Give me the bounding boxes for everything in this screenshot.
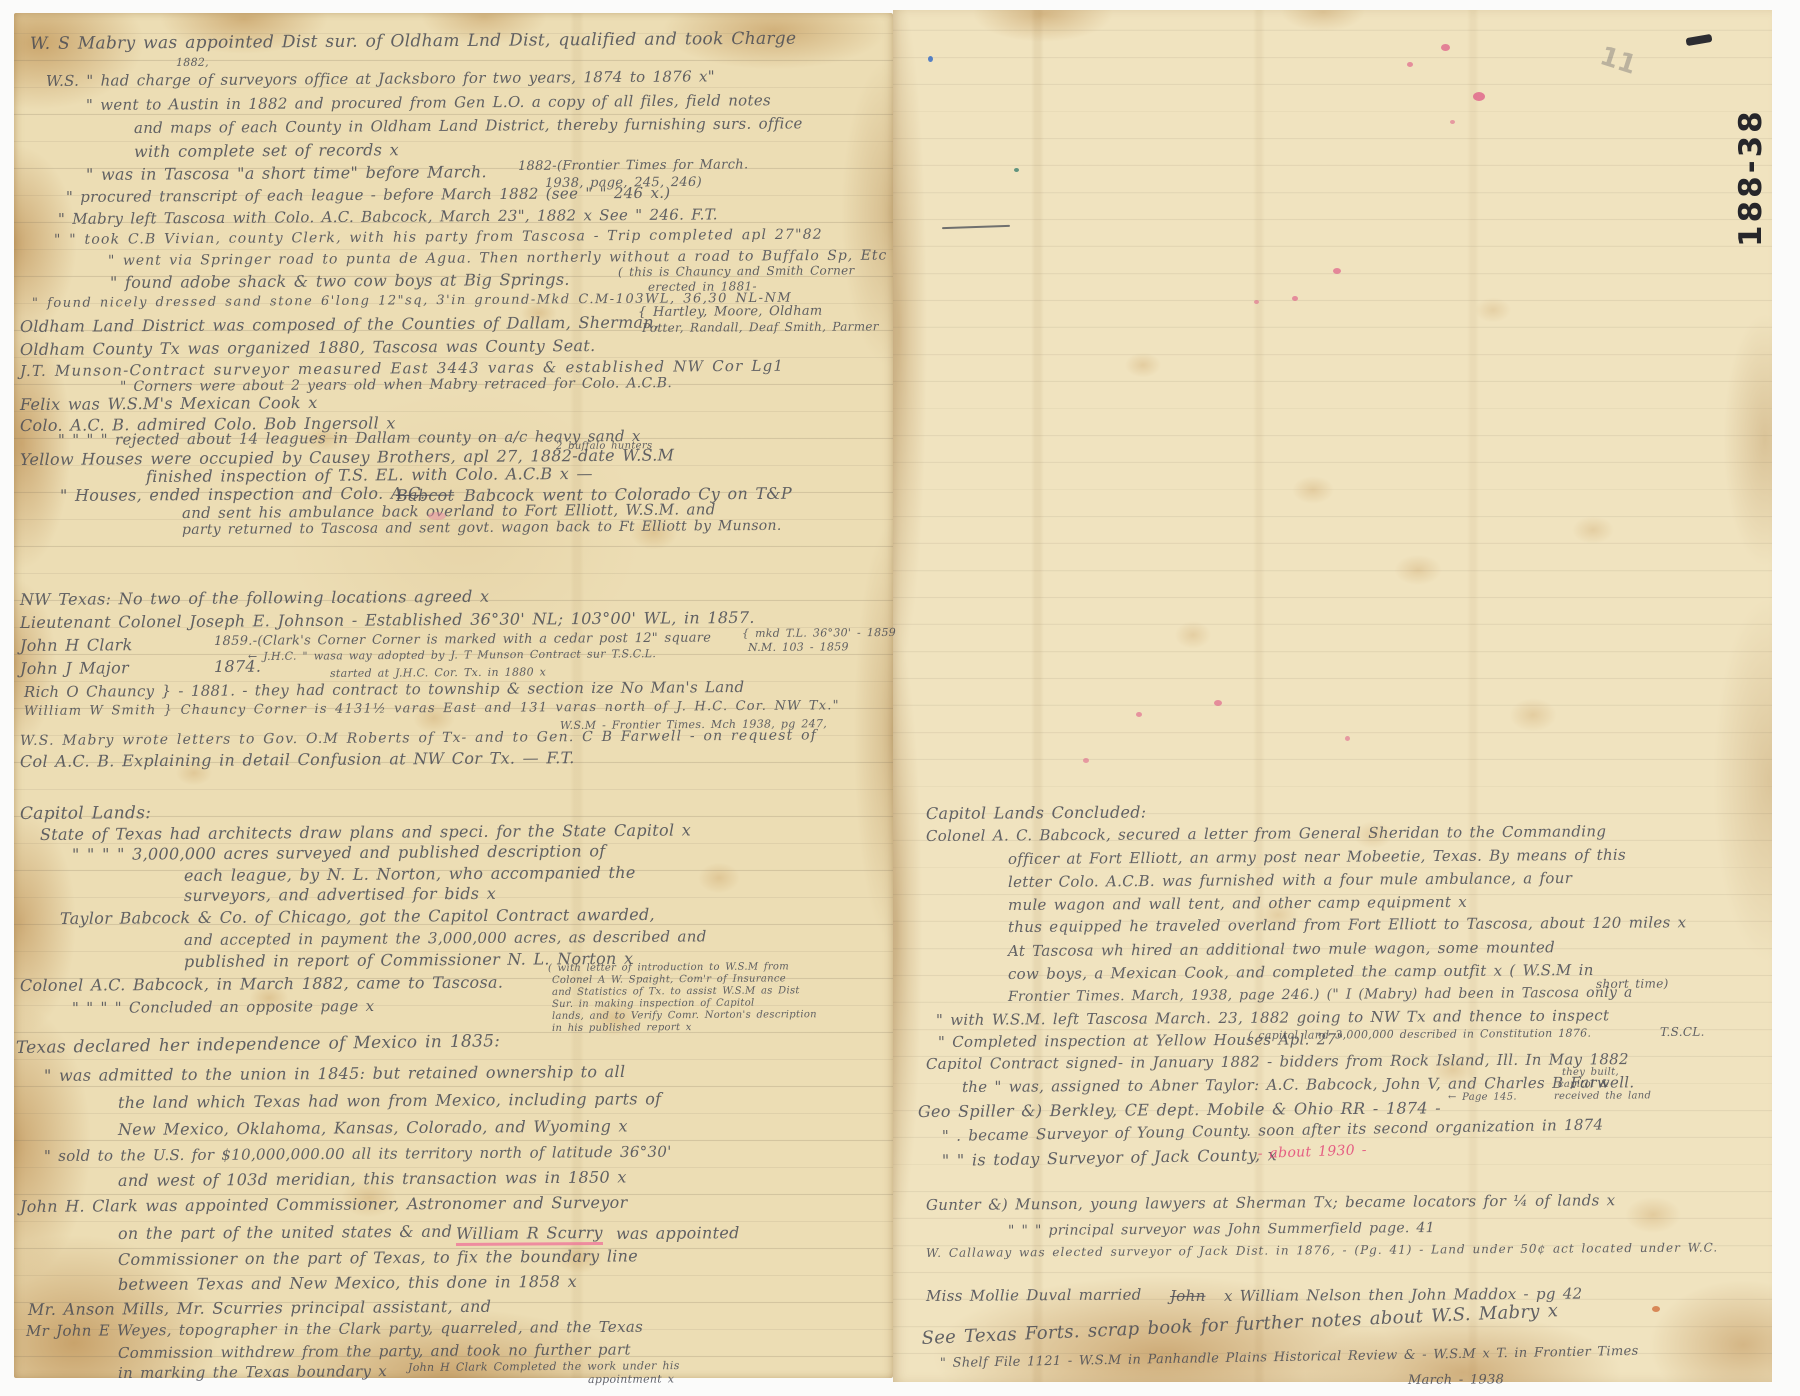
handwritten-line: was appointed xyxy=(616,1225,740,1242)
handwritten-line: officer at Fort Elliott, an army post ne… xyxy=(1008,848,1626,867)
handwritten-line: At Tascosa wh hired an additional two mu… xyxy=(1008,940,1555,959)
handwritten-line: " was in Tascosa "a short time" before M… xyxy=(86,164,487,183)
handwritten-line: Felix was W.S.M's Mexican Cook x xyxy=(20,395,318,413)
handwritten-line: started at J.H.C. Cor. Tx. in 1880 x xyxy=(330,666,546,679)
handwritten-line: capitol & xyxy=(1558,1080,1609,1090)
handwritten-line: { Hartley, Moore, Oldham xyxy=(638,305,823,319)
handwritten-line: Mr. Anson Mills, Mr. Scurries principal … xyxy=(28,1299,491,1318)
rust-speck xyxy=(1652,1306,1660,1312)
handwritten-line: " sold to the U.S. for $10,000,000.00 al… xyxy=(44,1145,672,1164)
handwritten-line: " procured transcript of each league - b… xyxy=(66,186,671,205)
handwritten-line: Gunter &) Munson, young lawyers at Sherm… xyxy=(926,1193,1616,1213)
handwritten-line: Oldham County Tx was organized 1880, Tas… xyxy=(20,338,596,358)
pink-speck xyxy=(1345,736,1350,741)
handwritten-line: " Houses, ended inspection and Colo. A.C… xyxy=(60,485,426,504)
handwritten-line: and maps of each County in Oldham Land D… xyxy=(134,116,803,136)
handwritten-line: " " " principal surveyor was John Summer… xyxy=(1008,1221,1435,1238)
handwritten-line: and west of 103d meridian, this transact… xyxy=(118,1169,627,1189)
archive-label: 188-38 xyxy=(1733,108,1769,247)
handwritten-line: party returned to Tascosa and sent govt.… xyxy=(182,519,782,537)
handwritten-line: William W Smith } Chauncy Corner is 4131… xyxy=(24,699,840,718)
handwritten-line: 1874. xyxy=(214,659,261,675)
handwritten-line: N.M. 103 - 1859 xyxy=(748,641,849,653)
handwritten-line: and accepted in payment the 3,000,000 ac… xyxy=(184,929,707,948)
handwritten-line: short time) xyxy=(1596,977,1669,990)
pink-speck xyxy=(1407,62,1413,67)
handwritten-line: John H. Clark was appointed Commissioner… xyxy=(20,1195,628,1215)
scanned-document: W. S Mabry was appointed Dist sur. of Ol… xyxy=(0,0,1800,1396)
handwritten-line: appointment x xyxy=(588,1373,674,1385)
handwritten-line: mule wagon and wall tent, and other camp… xyxy=(1008,895,1467,913)
handwritten-line: in his published report x xyxy=(552,1023,692,1034)
pink-speck xyxy=(1333,268,1341,274)
pencil-check: 11 xyxy=(1596,41,1640,81)
handwritten-line: W.S. Mabry wrote letters to Gov. O.M Rob… xyxy=(20,728,817,748)
handwritten-line: finished inspection of T.S. EL. with Col… xyxy=(146,466,593,485)
pink-speck xyxy=(1214,700,1222,706)
handwritten-line: letter Colo. A.C.B. was furnished with a… xyxy=(1008,871,1572,890)
pencil-dash xyxy=(942,225,1010,229)
handwritten-line: on the part of the united states & and xyxy=(118,1224,452,1242)
handwritten-line: W. S Mabry was appointed Dist sur. of Ol… xyxy=(30,31,797,53)
handwritten-line: Taylor Babcock & Co. of Chicago, got the… xyxy=(60,907,655,927)
pink-speck xyxy=(1450,120,1455,124)
handwritten-line: each league, by N. L. Norton, who accomp… xyxy=(184,865,636,884)
handwritten-line: " Corners were about 2 years old when Ma… xyxy=(120,376,672,394)
handwriting-layer: W. S Mabry was appointed Dist sur. of Ol… xyxy=(0,0,1800,1396)
handwritten-line: " " took C.B Vivian, county Clerk, with … xyxy=(54,228,823,247)
handwritten-line: Geo Spiller &) Berkley, CE dept. Mobile … xyxy=(918,1100,1441,1120)
handwritten-line: Capitol Contract signed- in January 1882… xyxy=(926,1052,1629,1072)
pink-speck xyxy=(1441,44,1450,51)
handwritten-line: ← J.H.C. " wasa way adopted by J. T Muns… xyxy=(248,648,656,662)
handwritten-line: with complete set of records x xyxy=(134,142,399,160)
handwritten-line: 1882-(Frontier Times for March. xyxy=(518,158,748,173)
handwritten-line: See Texas Forts. scrap book for further … xyxy=(921,1302,1558,1348)
handwritten-line: Colonel A W. Spaight, Com'r of Insurance xyxy=(552,974,786,986)
pink-speck xyxy=(1292,296,1298,301)
handwritten-line: Commission withdrew from the party, and … xyxy=(118,1342,631,1361)
handwritten-line: NW Texas: No two of the following locati… xyxy=(20,589,489,608)
handwritten-line: " " " " 3,000,000 acres surveyed and pub… xyxy=(72,843,606,863)
handwritten-line: - about 1930 - xyxy=(1258,1143,1367,1161)
handwritten-line: surveyors, and advertised for bids x xyxy=(184,886,496,904)
handwritten-line: lands, and to Verify Comr. Norton's desc… xyxy=(552,1010,817,1022)
handwritten-line: 1882, xyxy=(176,57,209,68)
pink-speck xyxy=(1136,712,1142,717)
pink-speck xyxy=(1254,300,1259,304)
handwritten-line: ( capitol land 3,000,000 described in Co… xyxy=(1248,1028,1591,1041)
pink-speck xyxy=(1083,758,1089,763)
handwritten-line: John J Major xyxy=(20,660,129,677)
handwritten-line: the " was, assigned to Abner Taylor: A.C… xyxy=(962,1075,1635,1095)
handwritten-line: the land which Texas had won from Mexico… xyxy=(118,1091,662,1111)
handwritten-line: 1859.-(Clark's Corner Corner is marked w… xyxy=(214,632,711,648)
handwritten-line: Capitol Lands: xyxy=(20,805,151,823)
handwritten-line: Commissioner on the part of Texas, to fi… xyxy=(118,1248,638,1268)
handwritten-line: " found adobe shack & two cow boys at Bi… xyxy=(110,272,570,291)
handwritten-line: Miss Mollie Duval married xyxy=(926,1287,1142,1304)
handwritten-line: Col A.C. B. Explaining in detail Confusi… xyxy=(20,750,575,770)
pink-speck xyxy=(1473,92,1485,101)
handwritten-line: between Texas and New Mexico, this done … xyxy=(118,1274,577,1293)
handwritten-line: T.S.CL. xyxy=(1660,1026,1705,1038)
handwritten-line: " Mabry left Tascosa with Colo. A.C. Bab… xyxy=(58,207,718,227)
handwritten-line: Capitol Lands Concluded: xyxy=(926,804,1147,822)
handwritten-line: " . became Surveyor of Young County. soo… xyxy=(942,1117,1604,1144)
handwritten-line: cow boys, a Mexican Cook, and completed … xyxy=(1008,963,1594,982)
blue-ink-speck xyxy=(928,56,933,62)
handwritten-line: New Mexico, Oklahoma, Kansas, Colorado, … xyxy=(118,1118,628,1138)
handwritten-line: John xyxy=(1170,1289,1206,1304)
handwritten-line: " Shelf File 1121 - W.S.M in Panhandle P… xyxy=(940,1345,1639,1370)
handwritten-line: Rich O Chauncy } - 1881. - they had cont… xyxy=(24,680,745,700)
handwritten-line: thus equipped he traveled overland from … xyxy=(1008,915,1687,935)
handwritten-line: Oldham Land District was composed of the… xyxy=(20,315,660,335)
handwritten-line: ← Page 145. xyxy=(1448,1093,1517,1103)
handwritten-line: received the land xyxy=(1554,1091,1651,1102)
handwritten-line: " " " " Concluded an opposite page x xyxy=(72,999,375,1016)
pink-smear xyxy=(428,512,446,520)
handwritten-line: ( with letter of introduction to W.S.M f… xyxy=(548,962,789,974)
handwritten-line: they built, xyxy=(1562,1068,1619,1078)
handwritten-line: in marking the Texas boundary x xyxy=(118,1364,387,1381)
handwritten-line: " with W.S.M. left Tascosa March. 23, 18… xyxy=(936,1008,1609,1028)
handwritten-line: { mkd T.L. 36°30' - 1859 xyxy=(742,627,896,639)
handwritten-line: Potter, Randall, Deaf Smith, Parmer xyxy=(642,320,879,334)
handwritten-line: Mr John E Weyes, topographer in the Clar… xyxy=(26,1320,643,1339)
handwritten-line: John H Clark xyxy=(20,637,133,654)
handwritten-line: ( this is Chauncy and Smith Corner xyxy=(618,264,855,278)
handwritten-line: Frontier Times. March, 1938, page 246.) … xyxy=(1008,986,1633,1004)
handwritten-line: " went to Austin in 1882 and procured fr… xyxy=(86,93,771,113)
handwritten-line: and Statistics of Tx. to assist W.S.M as… xyxy=(552,986,800,998)
handwritten-line: State of Texas had architects draw plans… xyxy=(40,822,691,843)
handwritten-line: Colonel A. C. Babcock, secured a letter … xyxy=(926,824,1606,844)
handwritten-line: " was admitted to the union in 1845: but… xyxy=(44,1064,626,1084)
handwritten-line: Lieutenant Colonel Joseph E. Johnson - E… xyxy=(20,610,755,631)
green-ink-speck xyxy=(1014,168,1019,172)
handwritten-line: March - 1938 xyxy=(1408,1373,1504,1387)
handwritten-line: " " " " rejected about 14 leagues in Dal… xyxy=(58,429,641,448)
handwritten-line: William R Scurry xyxy=(456,1225,603,1246)
handwritten-line: W.S. " had charge of surveyors office at… xyxy=(46,69,715,89)
handwritten-line: Texas declared her independence of Mexic… xyxy=(16,1033,501,1057)
handwritten-line: W. Callaway was elected surveyor of Jack… xyxy=(926,1241,1718,1259)
handwritten-line: " " is today Surveyor of Jack County, x xyxy=(942,1147,1277,1169)
ink-scribble xyxy=(1686,34,1713,46)
handwritten-line: Colonel A.C. Babcock, in March 1882, cam… xyxy=(20,975,503,994)
handwritten-line: John H Clark Completed the work under hi… xyxy=(408,1360,680,1373)
handwritten-line: Sur. in making inspection of Capitol xyxy=(552,999,755,1010)
